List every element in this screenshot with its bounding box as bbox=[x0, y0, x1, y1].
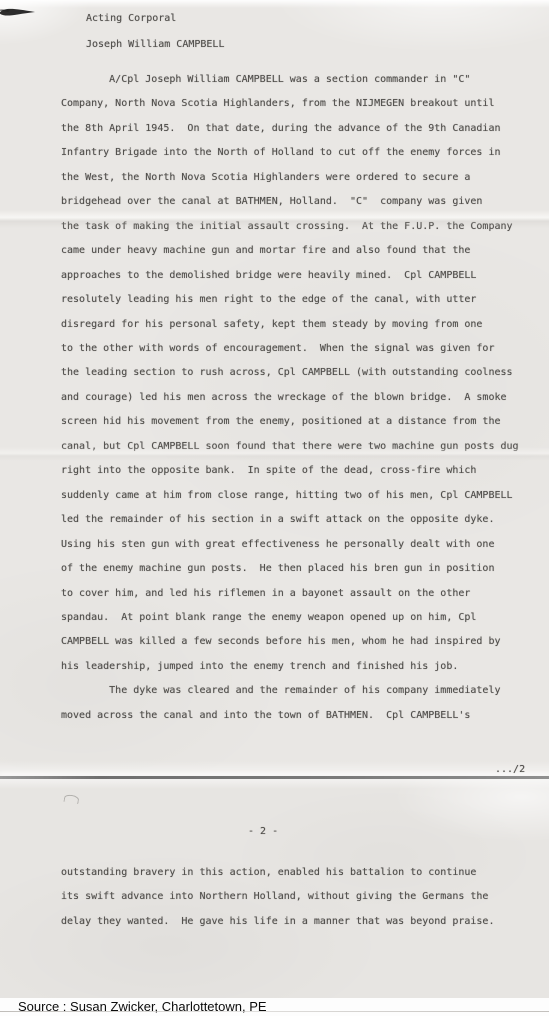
text-line: Infantry Brigade into the North of Holla… bbox=[61, 141, 519, 165]
text-line: his leadership, jumped into the enemy tr… bbox=[61, 655, 519, 679]
citation-body-continued: outstanding bravery in this action, enab… bbox=[61, 861, 494, 934]
text-line: the West, the North Nova Scotia Highland… bbox=[61, 166, 519, 190]
text-line: delay they wanted. He gave his life in a… bbox=[61, 910, 494, 934]
text-line: right into the opposite bank. In spite o… bbox=[61, 459, 519, 483]
text-line: Company, North Nova Scotia Highlanders, … bbox=[61, 92, 519, 116]
text-line: the leading section to rush across, Cpl … bbox=[61, 361, 519, 385]
page-number: - 2 - bbox=[248, 820, 278, 844]
text-line: bridgehead over the canal at BATHMEN, Ho… bbox=[61, 190, 519, 214]
document-heading: Acting CorporalJoseph William CAMPBELL bbox=[86, 6, 224, 58]
text-line: screen hid his movement from the enemy, … bbox=[61, 410, 519, 434]
text-line: canal, but Cpl CAMPBELL soon found that … bbox=[61, 435, 519, 459]
text-line: to the other with words of encouragement… bbox=[61, 337, 519, 361]
text-line: Using his sten gun with great effectiven… bbox=[61, 533, 519, 557]
text-line: the 8th April 1945. On that date, during… bbox=[61, 117, 519, 141]
text-line: resolutely leading his men right to the … bbox=[61, 288, 519, 312]
text-line: moved across the canal and into the town… bbox=[61, 704, 519, 728]
text-line: Joseph William CAMPBELL bbox=[86, 32, 224, 58]
caption-bar: Source : Susan Zwicker, Charlottetown, P… bbox=[0, 998, 549, 1016]
text-line: CAMPBELL was killed a few seconds before… bbox=[61, 630, 519, 654]
text-line: Acting Corporal bbox=[86, 6, 224, 32]
text-line: led the remainder of his section in a sw… bbox=[61, 508, 519, 532]
text-line: its swift advance into Northern Holland,… bbox=[61, 885, 494, 909]
continuation-marker: .../2 bbox=[495, 758, 525, 782]
paper-bottom-edge bbox=[0, 1011, 549, 1012]
text-line: to cover him, and led his riflemen in a … bbox=[61, 582, 519, 606]
text-line: the task of making the initial assault c… bbox=[61, 215, 519, 239]
text-line: The dyke was cleared and the remainder o… bbox=[61, 679, 519, 703]
text-line: outstanding bravery in this action, enab… bbox=[61, 861, 494, 885]
text-line: approaches to the demolished bridge were… bbox=[61, 264, 519, 288]
text-line: spandau. At point blank range the enemy … bbox=[61, 606, 519, 630]
text-line: A/Cpl Joseph William CAMPBELL was a sect… bbox=[61, 68, 519, 92]
text-line: of the enemy machine gun posts. He then … bbox=[61, 557, 519, 581]
text-line: disregard for his personal safety, kept … bbox=[61, 313, 519, 337]
pen-mark bbox=[0, 5, 38, 21]
text-line: and courage) led his men across the wrec… bbox=[61, 386, 519, 410]
text-line: suddenly came at him from close range, h… bbox=[61, 484, 519, 508]
text-line: came under heavy machine gun and mortar … bbox=[61, 239, 519, 263]
scanned-document: Acting CorporalJoseph William CAMPBELL A… bbox=[0, 0, 549, 1016]
citation-body: A/Cpl Joseph William CAMPBELL was a sect… bbox=[61, 68, 519, 728]
